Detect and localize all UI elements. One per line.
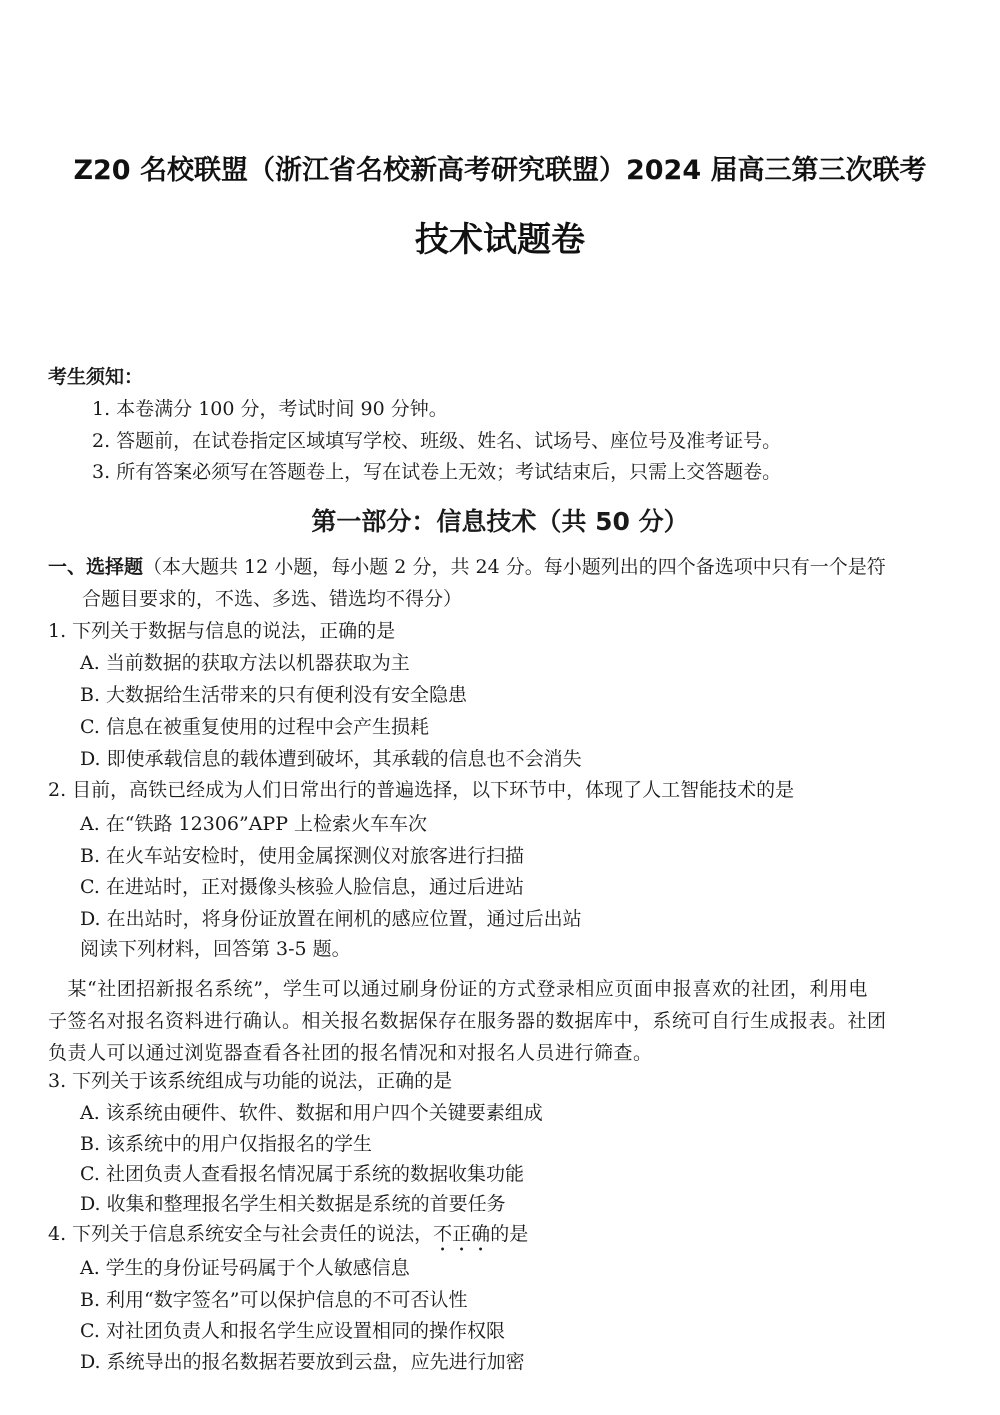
reading-paragraph-line: 负责人可以通过浏览器查看各社团的报名情况和对报名人员进行筛查。 xyxy=(48,1040,653,1066)
question-option: B. 大数据给生活带来的只有便利没有安全隐患 xyxy=(80,682,467,708)
reading-paragraph-line: 某“社团招新报名系统”，学生可以通过刷身份证的方式登录相应页面申报喜欢的社团，利… xyxy=(48,976,868,1002)
question-stem-prefix: 4. 下列关于信息系统安全与社会责任的说法， xyxy=(48,1223,433,1245)
question-option: D. 在出站时，将身份证放置在闸机的感应位置，通过后出站 xyxy=(80,906,582,932)
question-option: A. 在“铁路 12306”APP 上检索火车车次 xyxy=(80,811,427,837)
notice-item: 3. 所有答案必须写在答题卷上，写在试卷上无效；考试结束后，只需上交答题卷。 xyxy=(92,459,781,485)
question-option: B. 在火车站安检时，使用金属探测仪对旅客进行扫描 xyxy=(80,843,524,869)
section-description-cont: 合题目要求的，不选、多选、错选均不得分） xyxy=(82,586,462,612)
question-option: C. 信息在被重复使用的过程中会产生损耗 xyxy=(80,714,429,740)
notice-item: 2. 答题前，在试卷指定区域填写学校、班级、姓名、试场号、座位号及准考证号。 xyxy=(92,428,781,454)
question-option: D. 即使承载信息的载体遭到破坏，其承载的信息也不会消失 xyxy=(80,746,582,772)
reading-intro: 阅读下列材料，回答第 3-5 题。 xyxy=(80,936,351,962)
section-heading: 一、选择题（本大题共 12 小题，每小题 2 分，共 24 分。每小题列出的四个… xyxy=(48,554,886,580)
question-option: A. 该系统由硬件、软件、数据和用户四个关键要素组成 xyxy=(80,1100,543,1126)
question-option: B. 该系统中的用户仅指报名的学生 xyxy=(80,1131,372,1157)
question-option: A. 学生的身份证号码属于个人敏感信息 xyxy=(80,1255,410,1281)
question-option: C. 在进站时，正对摄像头核验人脸信息，通过后进站 xyxy=(80,874,524,900)
section-description: （本大题共 12 小题，每小题 2 分，共 24 分。每小题列出的四个备选项中只… xyxy=(143,556,886,578)
question-option: B. 利用“数字签名”可以保护信息的不可否认性 xyxy=(80,1287,467,1313)
question-stem: 4. 下列关于信息系统安全与社会责任的说法，不正确的是 xyxy=(48,1221,528,1256)
exam-subtitle: 技术试题卷 xyxy=(0,212,1000,261)
question-option: D. 系统导出的报名数据若要放到云盘，应先进行加密 xyxy=(80,1349,525,1375)
question-stem: 2. 目前，高铁已经成为人们日常出行的普遍选择，以下环节中，体现了人工智能技术的… xyxy=(48,777,794,803)
question-stem: 3. 下列关于该系统组成与功能的说法，正确的是 xyxy=(48,1068,452,1094)
part-title: 第一部分：信息技术（共 50 分） xyxy=(0,502,1000,538)
section-label: 一、选择题 xyxy=(48,556,143,578)
question-option: A. 当前数据的获取方法以机器获取为主 xyxy=(80,650,410,676)
question-stem-suffix: 的是 xyxy=(490,1223,528,1245)
reading-paragraph-line: 子签名对报名资料进行确认。相关报名数据保存在服务器的数据库中，系统可自行生成报表… xyxy=(48,1008,887,1034)
question-option: D. 收集和整理报名学生相关数据是系统的首要任务 xyxy=(80,1191,506,1217)
question-stem: 1. 下列关于数据与信息的说法，正确的是 xyxy=(48,618,395,644)
question-stem-emphasis: 不正确 xyxy=(433,1223,490,1245)
question-option: C. 社团负责人查看报名情况属于系统的数据收集功能 xyxy=(80,1161,524,1187)
exam-title: Z20 名校联盟（浙江省名校新高考研究联盟）2024 届高三第三次联考 xyxy=(0,148,1000,187)
question-option: C. 对社团负责人和报名学生应设置相同的操作权限 xyxy=(80,1318,505,1344)
notice-heading: 考生须知： xyxy=(48,362,143,389)
notice-item: 1. 本卷满分 100 分，考试时间 90 分钟。 xyxy=(92,396,448,422)
